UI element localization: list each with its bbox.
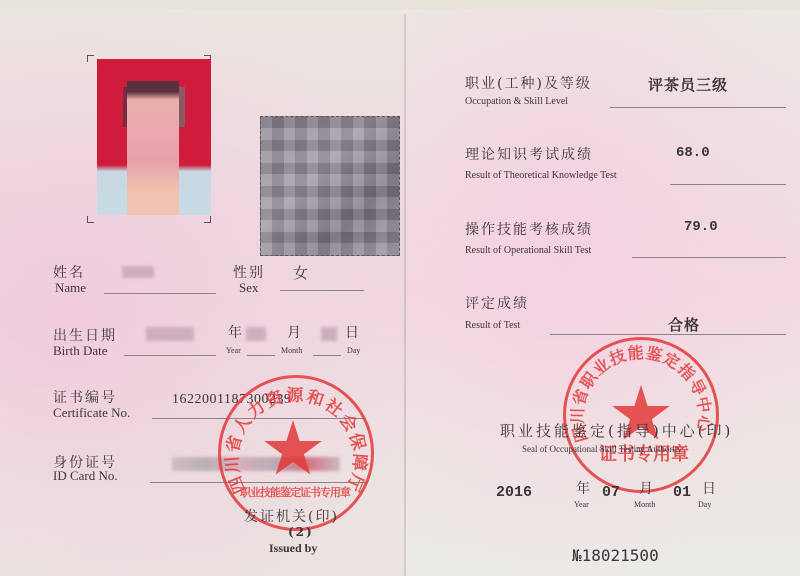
theory-score-label-en: Result of Theoretical Knowledge Test bbox=[465, 170, 617, 181]
issue-month: 07 bbox=[602, 484, 620, 501]
redacted-qr-code bbox=[260, 116, 400, 256]
name-label-cn: 姓名 bbox=[53, 262, 85, 282]
skill-score-value: 79.0 bbox=[684, 219, 718, 235]
frame-corner bbox=[87, 55, 94, 62]
portrait-photo-pixelated bbox=[97, 59, 211, 215]
birth-month-en: Month bbox=[281, 346, 302, 355]
issue-day-en: Day bbox=[698, 500, 711, 509]
result-label-cn: 评定成绩 bbox=[465, 293, 529, 313]
theory-score-value: 68.0 bbox=[676, 145, 710, 161]
birth-date-underline bbox=[124, 355, 216, 356]
year-underline bbox=[247, 355, 275, 356]
skill-score-label-en: Result of Operational Skill Test bbox=[465, 245, 591, 256]
occupation-value: 评茶员三级 bbox=[648, 74, 728, 95]
certificate-serial-number: №18021500 bbox=[572, 546, 659, 565]
birth-year-suffix-redacted bbox=[246, 327, 266, 341]
skill-score-label-cn: 操作技能考核成绩 bbox=[465, 219, 593, 239]
scan-top-edge bbox=[0, 0, 800, 10]
seal-inner-text: 职业技能鉴定证书专用章 bbox=[239, 484, 351, 500]
sex-value: 女 bbox=[293, 262, 309, 283]
issued-by-label-cn: 发证机关(印) bbox=[244, 506, 339, 526]
birth-day-cn: 日 bbox=[345, 322, 361, 342]
issue-month-cn: 月 bbox=[639, 478, 655, 498]
issued-by-sub: (2) bbox=[288, 525, 314, 539]
theory-score-label-cn: 理论知识考试成绩 bbox=[465, 144, 593, 164]
skill-score-underline bbox=[632, 257, 786, 258]
issue-day: 01 bbox=[673, 484, 691, 501]
result-underline bbox=[550, 334, 786, 335]
issue-month-en: Month bbox=[634, 500, 655, 509]
certificate-no-label-cn: 证书编号 bbox=[53, 387, 117, 407]
birth-day-en: Day bbox=[347, 346, 360, 355]
birth-month-cn: 月 bbox=[287, 322, 303, 342]
certificate-no-label-en: Certificate No. bbox=[53, 405, 130, 421]
occupation-label-cn: 职业(工种)及等级 bbox=[465, 73, 592, 93]
seal-outer-text: 四川省职业技能鉴定指导中心 bbox=[566, 340, 716, 490]
issue-year: 2016 bbox=[496, 484, 532, 501]
birth-month-redacted bbox=[321, 327, 337, 341]
name-value-redacted bbox=[122, 266, 154, 278]
svg-text:四川省人力资源和社会保障厅: 四川省人力资源和社会保障厅 bbox=[222, 385, 370, 496]
testing-authority-seal: 四川省职业技能鉴定指导中心 证书专用章 bbox=[563, 337, 719, 493]
photo-frame bbox=[87, 55, 211, 223]
issued-by-label-en: Issued by bbox=[269, 541, 317, 556]
frame-corner bbox=[87, 216, 94, 223]
result-label-en: Result of Test bbox=[465, 320, 520, 331]
issue-year-en: Year bbox=[574, 500, 589, 509]
birth-year-en: Year bbox=[226, 346, 241, 355]
theory-score-underline bbox=[670, 184, 786, 185]
birth-date-label-cn: 出生日期 bbox=[53, 325, 117, 345]
issue-year-cn: 年 bbox=[576, 478, 592, 498]
id-card-label-en: ID Card No. bbox=[53, 468, 118, 484]
birth-year-cn: 年 bbox=[228, 322, 244, 342]
occupation-label-en: Occupation & Skill Level bbox=[465, 96, 568, 107]
sex-label-en: Sex bbox=[239, 280, 259, 296]
page-spine-divider bbox=[404, 14, 406, 576]
authority-label-en: Seal of Occupational Skill Testing Autho… bbox=[522, 444, 682, 454]
occupation-underline bbox=[610, 107, 786, 108]
month-underline bbox=[313, 355, 341, 356]
birth-date-label-en: Birth Date bbox=[53, 343, 108, 359]
issue-day-cn: 日 bbox=[702, 478, 718, 498]
name-label-en: Name bbox=[55, 280, 86, 296]
birth-year-redacted bbox=[146, 327, 194, 341]
result-value: 合格 bbox=[668, 314, 700, 335]
sex-underline bbox=[280, 290, 364, 291]
sex-label-cn: 性别 bbox=[233, 262, 265, 282]
name-underline bbox=[104, 293, 216, 294]
authority-label-cn: 职业技能鉴定(指导)中心(印) bbox=[500, 420, 733, 441]
frame-corner bbox=[204, 216, 211, 223]
